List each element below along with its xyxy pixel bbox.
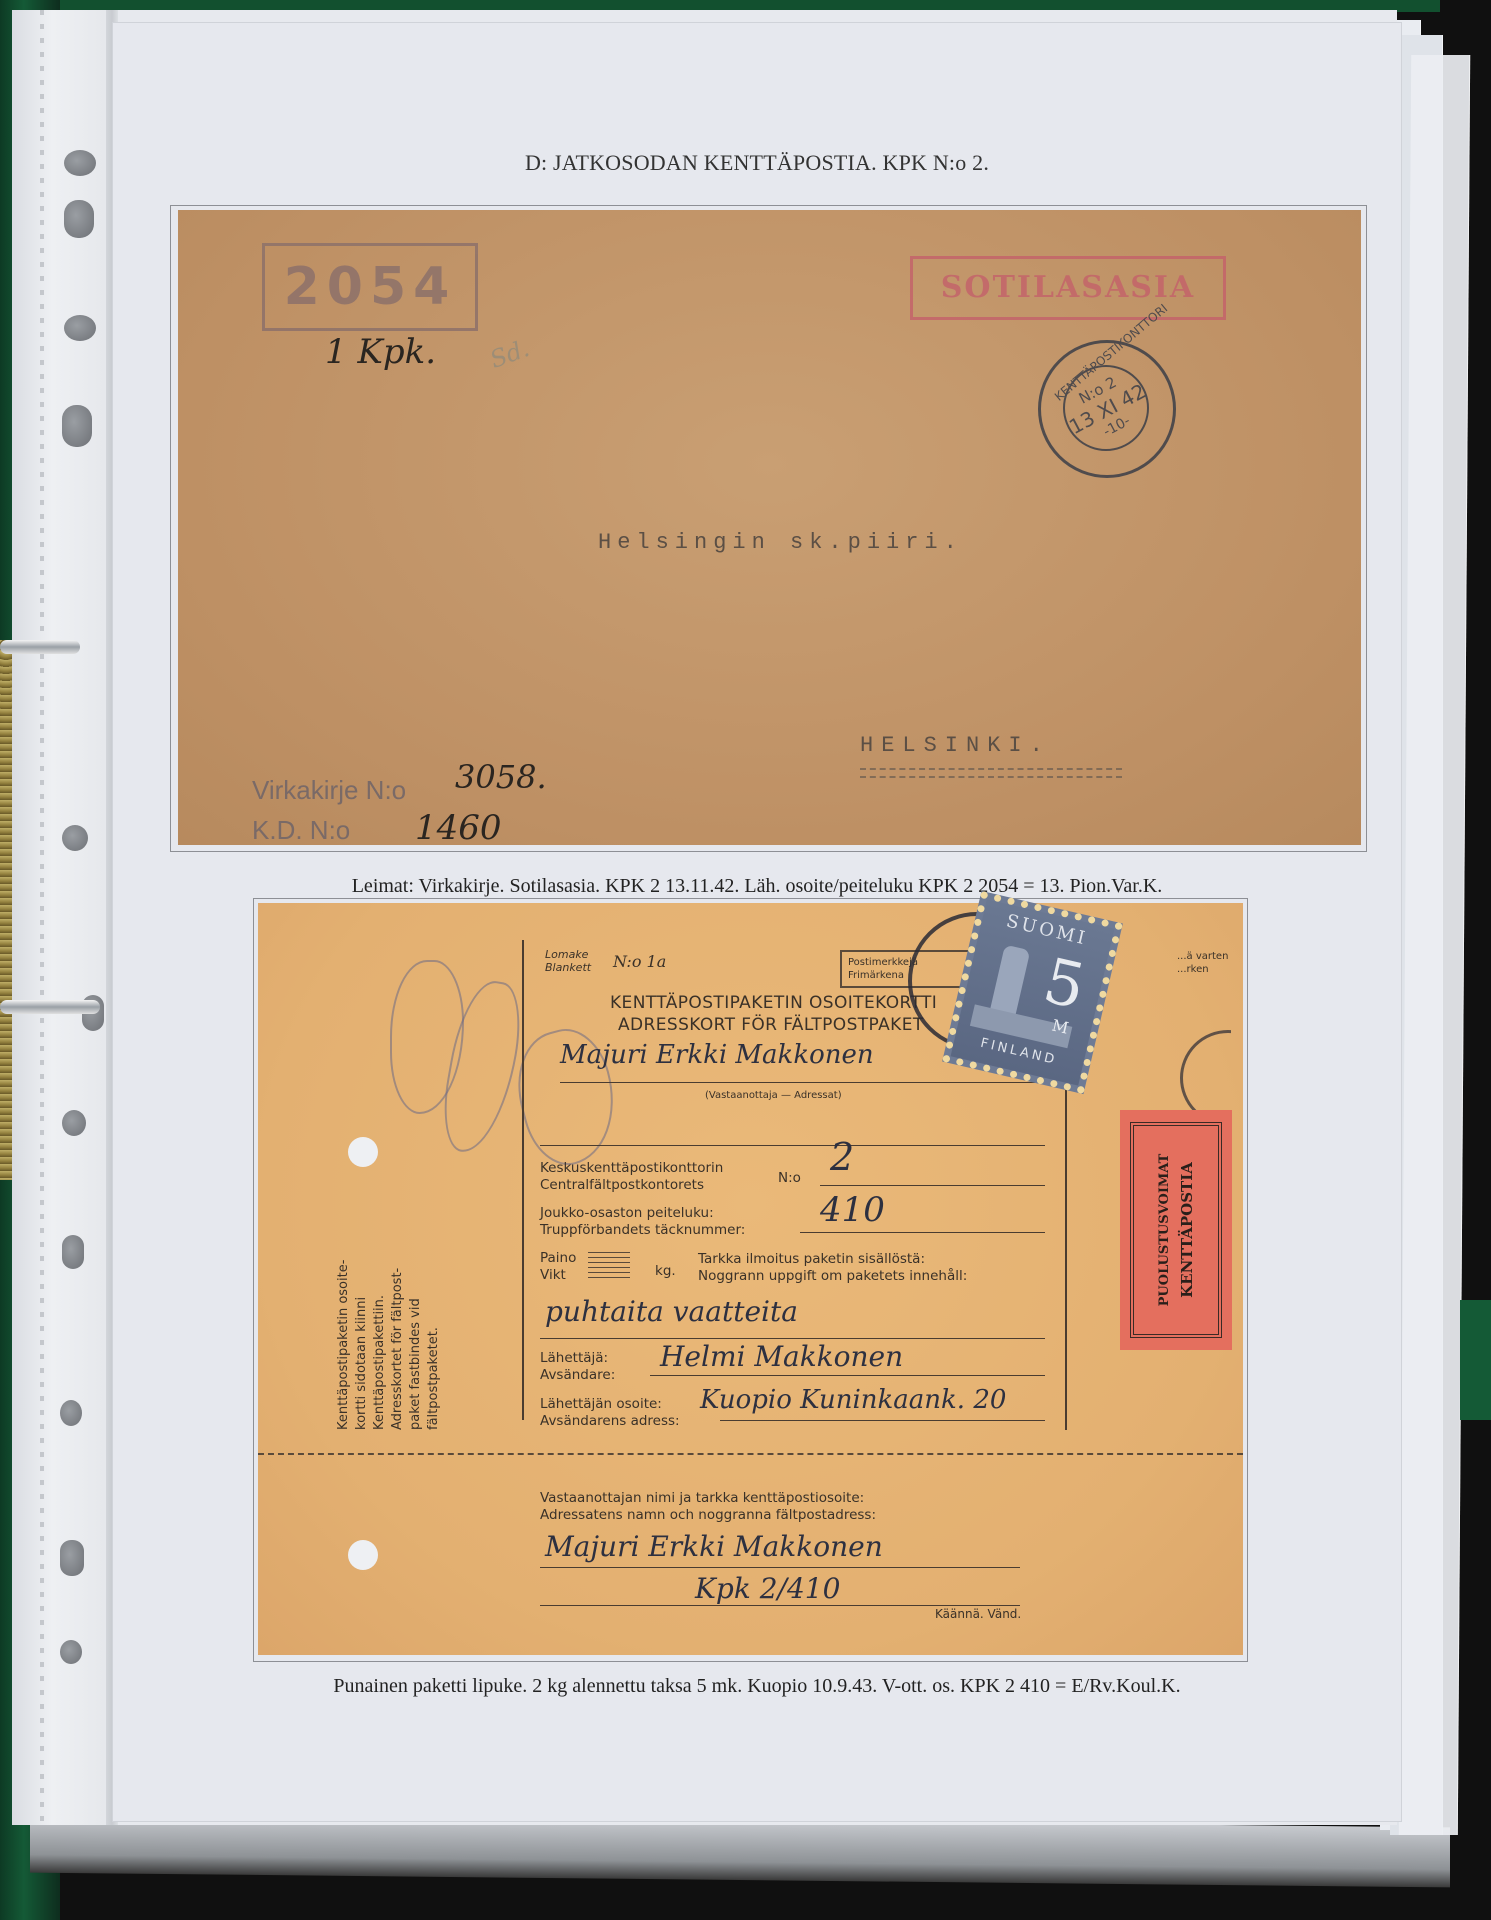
tear-off-label-sv: Adressatens namn och noggranna fältposta… bbox=[540, 1507, 876, 1524]
tear-off-address: Kpk 2/410 bbox=[695, 1572, 840, 1605]
field-post-postmark: KENTTÄPOSTIKONTTORI N:o 2 13 XI 42 -10- bbox=[1038, 340, 1176, 478]
kd-label: K.D. N:o bbox=[252, 815, 350, 846]
office-no: 2 bbox=[830, 1135, 854, 1179]
card-caption: Punainen paketti lipuke. 2 kg alennettu … bbox=[112, 1675, 1402, 1698]
postage-stamp-box-tail: ...ä varten ...rken bbox=[1177, 950, 1228, 976]
office-label-sv: Centralfältpostkontorets bbox=[540, 1177, 704, 1194]
form-label: Lomake Blankett bbox=[545, 948, 591, 974]
tear-off-label-fi: Vastaanottajan nimi ja tarkka kenttäpost… bbox=[540, 1490, 864, 1507]
punch-hole bbox=[60, 1640, 82, 1664]
punch-hole bbox=[60, 1540, 84, 1576]
sleeve-seam bbox=[40, 10, 44, 1825]
postage-stamp-box-tail-text: ...ä varten ...rken bbox=[1177, 951, 1228, 975]
contents-label-sv: Noggrann uppgift om paketets innehåll: bbox=[698, 1268, 967, 1285]
address-line-2: HELSINKI. bbox=[860, 733, 1051, 758]
kd-number: 1460 bbox=[415, 808, 502, 848]
rule bbox=[540, 1567, 1020, 1568]
side-instruction: Kenttäpostipaketin osoite- kortti sidota… bbox=[335, 1180, 443, 1430]
punch-hole bbox=[64, 150, 96, 176]
official-letter-label: Virkakirje N:o bbox=[252, 775, 406, 806]
card-vertical-rule bbox=[522, 940, 524, 1420]
military-matter-cachet: SOTILASASIA bbox=[910, 256, 1226, 320]
binder-cover-right bbox=[1460, 1300, 1491, 1420]
weight-field bbox=[588, 1252, 630, 1282]
punch-hole bbox=[60, 1400, 82, 1426]
rule bbox=[720, 1420, 1045, 1421]
form-label-text: Lomake Blankett bbox=[545, 948, 591, 974]
handwritten-unit: 1 Kpk. bbox=[325, 332, 436, 372]
address-underline bbox=[860, 768, 1122, 778]
form-number: N:o 1a bbox=[613, 952, 666, 971]
sender-address-label: Lähettäjän osoite: Avsändarens adress: bbox=[540, 1396, 680, 1430]
label-line-2: KENTTÄPOSTIA bbox=[1176, 1120, 1198, 1340]
rule bbox=[540, 1338, 1045, 1339]
envelope-caption: Leimat: Virkakirje. Sotilasasia. KPK 2 1… bbox=[112, 875, 1402, 898]
rule bbox=[540, 1605, 1020, 1606]
punch-hole bbox=[64, 200, 94, 238]
page-title: D: JATKOSODAN KENTTÄPOSTIA. KPK N:o 2. bbox=[112, 150, 1402, 176]
card-punch-hole bbox=[348, 1137, 378, 1167]
punch-hole bbox=[62, 405, 92, 447]
side-instruction-text: Kenttäpostipaketin osoite- kortti sidota… bbox=[336, 1260, 441, 1430]
unit-label-fi: Joukko-osaston peiteluku: bbox=[540, 1205, 714, 1222]
punch-hole bbox=[62, 1235, 84, 1269]
label-text: PUOLUSTUSVOIMAT KENTTÄPOSTIA bbox=[1154, 1120, 1198, 1340]
office-label-fi: Keskuskenttäpostikonttorin bbox=[540, 1160, 723, 1177]
punch-hole bbox=[64, 315, 96, 341]
perforated-strip bbox=[12, 10, 112, 1825]
stamp-value: 5 bbox=[1037, 943, 1092, 1023]
tear-off-perforation bbox=[258, 1453, 1243, 1455]
card-vertical-rule bbox=[1065, 1075, 1067, 1430]
sender-address-handwritten: Kuopio Kuninkaank. 20 bbox=[700, 1385, 1006, 1415]
unit-number-cachet: 2054 bbox=[262, 243, 478, 331]
address-line-1: Helsingin sk.piiri. bbox=[598, 530, 963, 555]
stamp-design: SUOMI 5 M FINLAND bbox=[951, 899, 1115, 1085]
contents-label-fi: Tarkka ilmoitus paketin sisällöstä: bbox=[698, 1251, 925, 1268]
recipient-handwritten: Majuri Erkki Makkonen bbox=[560, 1040, 874, 1070]
punch-hole bbox=[62, 1110, 86, 1136]
label-line-1: PUOLUSTUSVOIMAT bbox=[1154, 1120, 1176, 1340]
sender-handwritten: Helmi Makkonen bbox=[660, 1340, 903, 1373]
punch-hole bbox=[62, 825, 88, 851]
official-letter-number: 3058. bbox=[455, 758, 547, 796]
sender-label: Lähettäjä: Avsändare: bbox=[540, 1350, 615, 1384]
turn-over-note: Käännä. Vänd. bbox=[935, 1607, 1021, 1621]
tear-off-name: Majuri Erkki Makkonen bbox=[545, 1530, 883, 1563]
castle-tower-icon bbox=[989, 945, 1030, 1019]
weight-unit: kg. bbox=[655, 1263, 676, 1280]
card-title-sv: ADRESSKORT FÖR FÄLTPOSTPAKET bbox=[618, 1015, 924, 1035]
stacked-sleeve bbox=[1399, 55, 1470, 1835]
rule bbox=[560, 1082, 1050, 1083]
unit-number: 410 bbox=[820, 1190, 885, 1230]
contents-handwritten: puhtaita vaatteita bbox=[545, 1295, 798, 1328]
card-punch-hole bbox=[348, 1540, 378, 1570]
binder-ring bbox=[0, 640, 80, 654]
office-no-label: N:o bbox=[778, 1170, 801, 1187]
rule bbox=[540, 1145, 1045, 1146]
rule bbox=[650, 1375, 1045, 1376]
binder-ring bbox=[0, 1000, 100, 1014]
rule bbox=[820, 1185, 1045, 1186]
unit-label-sv: Truppförbandets täcknummer: bbox=[540, 1222, 745, 1239]
field-post-label: PUOLUSTUSVOIMAT KENTTÄPOSTIA bbox=[1120, 1110, 1232, 1350]
weight-label: Paino Vikt bbox=[540, 1250, 576, 1284]
recipient-caption: (Vastaanottaja — Adressat) bbox=[705, 1090, 842, 1101]
card-title-fi: KENTTÄPOSTIPAKETIN OSOITEKORTTI bbox=[610, 993, 937, 1013]
rule bbox=[800, 1232, 1045, 1233]
